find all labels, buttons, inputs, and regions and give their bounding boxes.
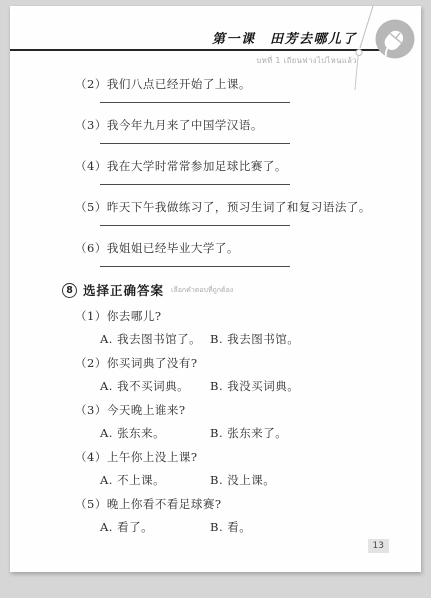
option-b: B. 看。 (210, 520, 251, 535)
answer-blank (100, 143, 290, 144)
answer-blank (100, 266, 290, 267)
answer-options: A. 张东来。 B. 张东来了。 (10, 426, 421, 441)
scan-background: 第一课 田芳去哪儿了 บทที่ 1 เถียนฟางไปไหนแล้ว (0, 0, 431, 598)
option-b: B. 张东来了。 (210, 426, 287, 441)
page-number: 13 (368, 539, 389, 553)
answer-blank (100, 102, 290, 103)
sentence-text: （4）我在大学时常常参加足球比赛了。 (10, 158, 421, 174)
lesson-subtitle-thai: บทที่ 1 เถียนฟางไปไหนแล้ว (256, 55, 357, 67)
section-number-badge: 8 (62, 283, 77, 298)
question-text: （2）你买词典了没有? (10, 356, 421, 371)
question-text: （4）上午你上没上课? (10, 450, 421, 465)
choice-question: （1）你去哪儿? A. 我去图书馆了。 B. 我去图书馆。 (10, 309, 421, 347)
fill-in-item: （3）我今年九月来了中国学汉语。 (10, 117, 421, 144)
question-text: （1）你去哪儿? (10, 309, 421, 324)
option-b: B. 没上课。 (210, 473, 275, 488)
answer-blank (100, 225, 290, 226)
fill-in-item: （6）我姐姐已经毕业大学了。 (10, 240, 421, 267)
answer-options: A. 看了。 B. 看。 (10, 520, 421, 535)
question-text: （3）今天晚上谁来? (10, 403, 421, 418)
sentence-text: （6）我姐姐已经毕业大学了。 (10, 240, 421, 256)
option-a: A. 我去图书馆了。 (100, 332, 210, 347)
answer-options: A. 我去图书馆了。 B. 我去图书馆。 (10, 332, 421, 347)
answer-options: A. 我不买词典。 B. 我没买词典。 (10, 379, 421, 394)
sentence-text: （5）昨天下午我做练习了，预习生词了和复习语法了。 (10, 199, 421, 215)
fill-in-item: （5）昨天下午我做练习了，预习生词了和复习语法了。 (10, 199, 421, 226)
answer-blank (100, 184, 290, 185)
fill-in-item: （4）我在大学时常常参加足球比赛了。 (10, 158, 421, 185)
question-text: （5）晚上你看不看足球赛? (10, 497, 421, 512)
lesson-title: 第一课 田芳去哪儿了 (212, 28, 357, 47)
header-rule (10, 49, 394, 51)
audio-badge (375, 19, 415, 59)
option-b: B. 我没买词典。 (210, 379, 299, 394)
sentence-text: （2）我们八点已经开始了上课。 (10, 76, 421, 92)
page-content: （2）我们八点已经开始了上课。 （3）我今年九月来了中国学汉语。 （4）我在大学… (10, 76, 421, 544)
choice-question: （3）今天晚上谁来? A. 张东来。 B. 张东来了。 (10, 403, 421, 441)
option-a: A. 张东来。 (100, 426, 210, 441)
computer-mouse-icon (375, 19, 415, 59)
sentence-text: （3）我今年九月来了中国学汉语。 (10, 117, 421, 133)
option-a: A. 看了。 (100, 520, 210, 535)
choice-question: （2）你买词典了没有? A. 我不买词典。 B. 我没买词典。 (10, 356, 421, 394)
option-a: A. 不上课。 (100, 473, 210, 488)
section-subtitle-thai: เลือกคำตอบที่ถูกต้อง (171, 285, 233, 296)
choice-question: （5）晚上你看不看足球赛? A. 看了。 B. 看。 (10, 497, 421, 535)
option-a: A. 我不买词典。 (100, 379, 210, 394)
choice-question: （4）上午你上没上课? A. 不上课。 B. 没上课。 (10, 450, 421, 488)
exercise-section-header: 8 选择正确答案 เลือกคำตอบที่ถูกต้อง (62, 281, 421, 299)
textbook-page: 第一课 田芳去哪儿了 บทที่ 1 เถียนฟางไปไหนแล้ว (10, 6, 421, 572)
section-title: 选择正确答案 (83, 281, 164, 299)
answer-options: A. 不上课。 B. 没上课。 (10, 473, 421, 488)
option-b: B. 我去图书馆。 (210, 332, 299, 347)
fill-in-item: （2）我们八点已经开始了上课。 (10, 76, 421, 103)
